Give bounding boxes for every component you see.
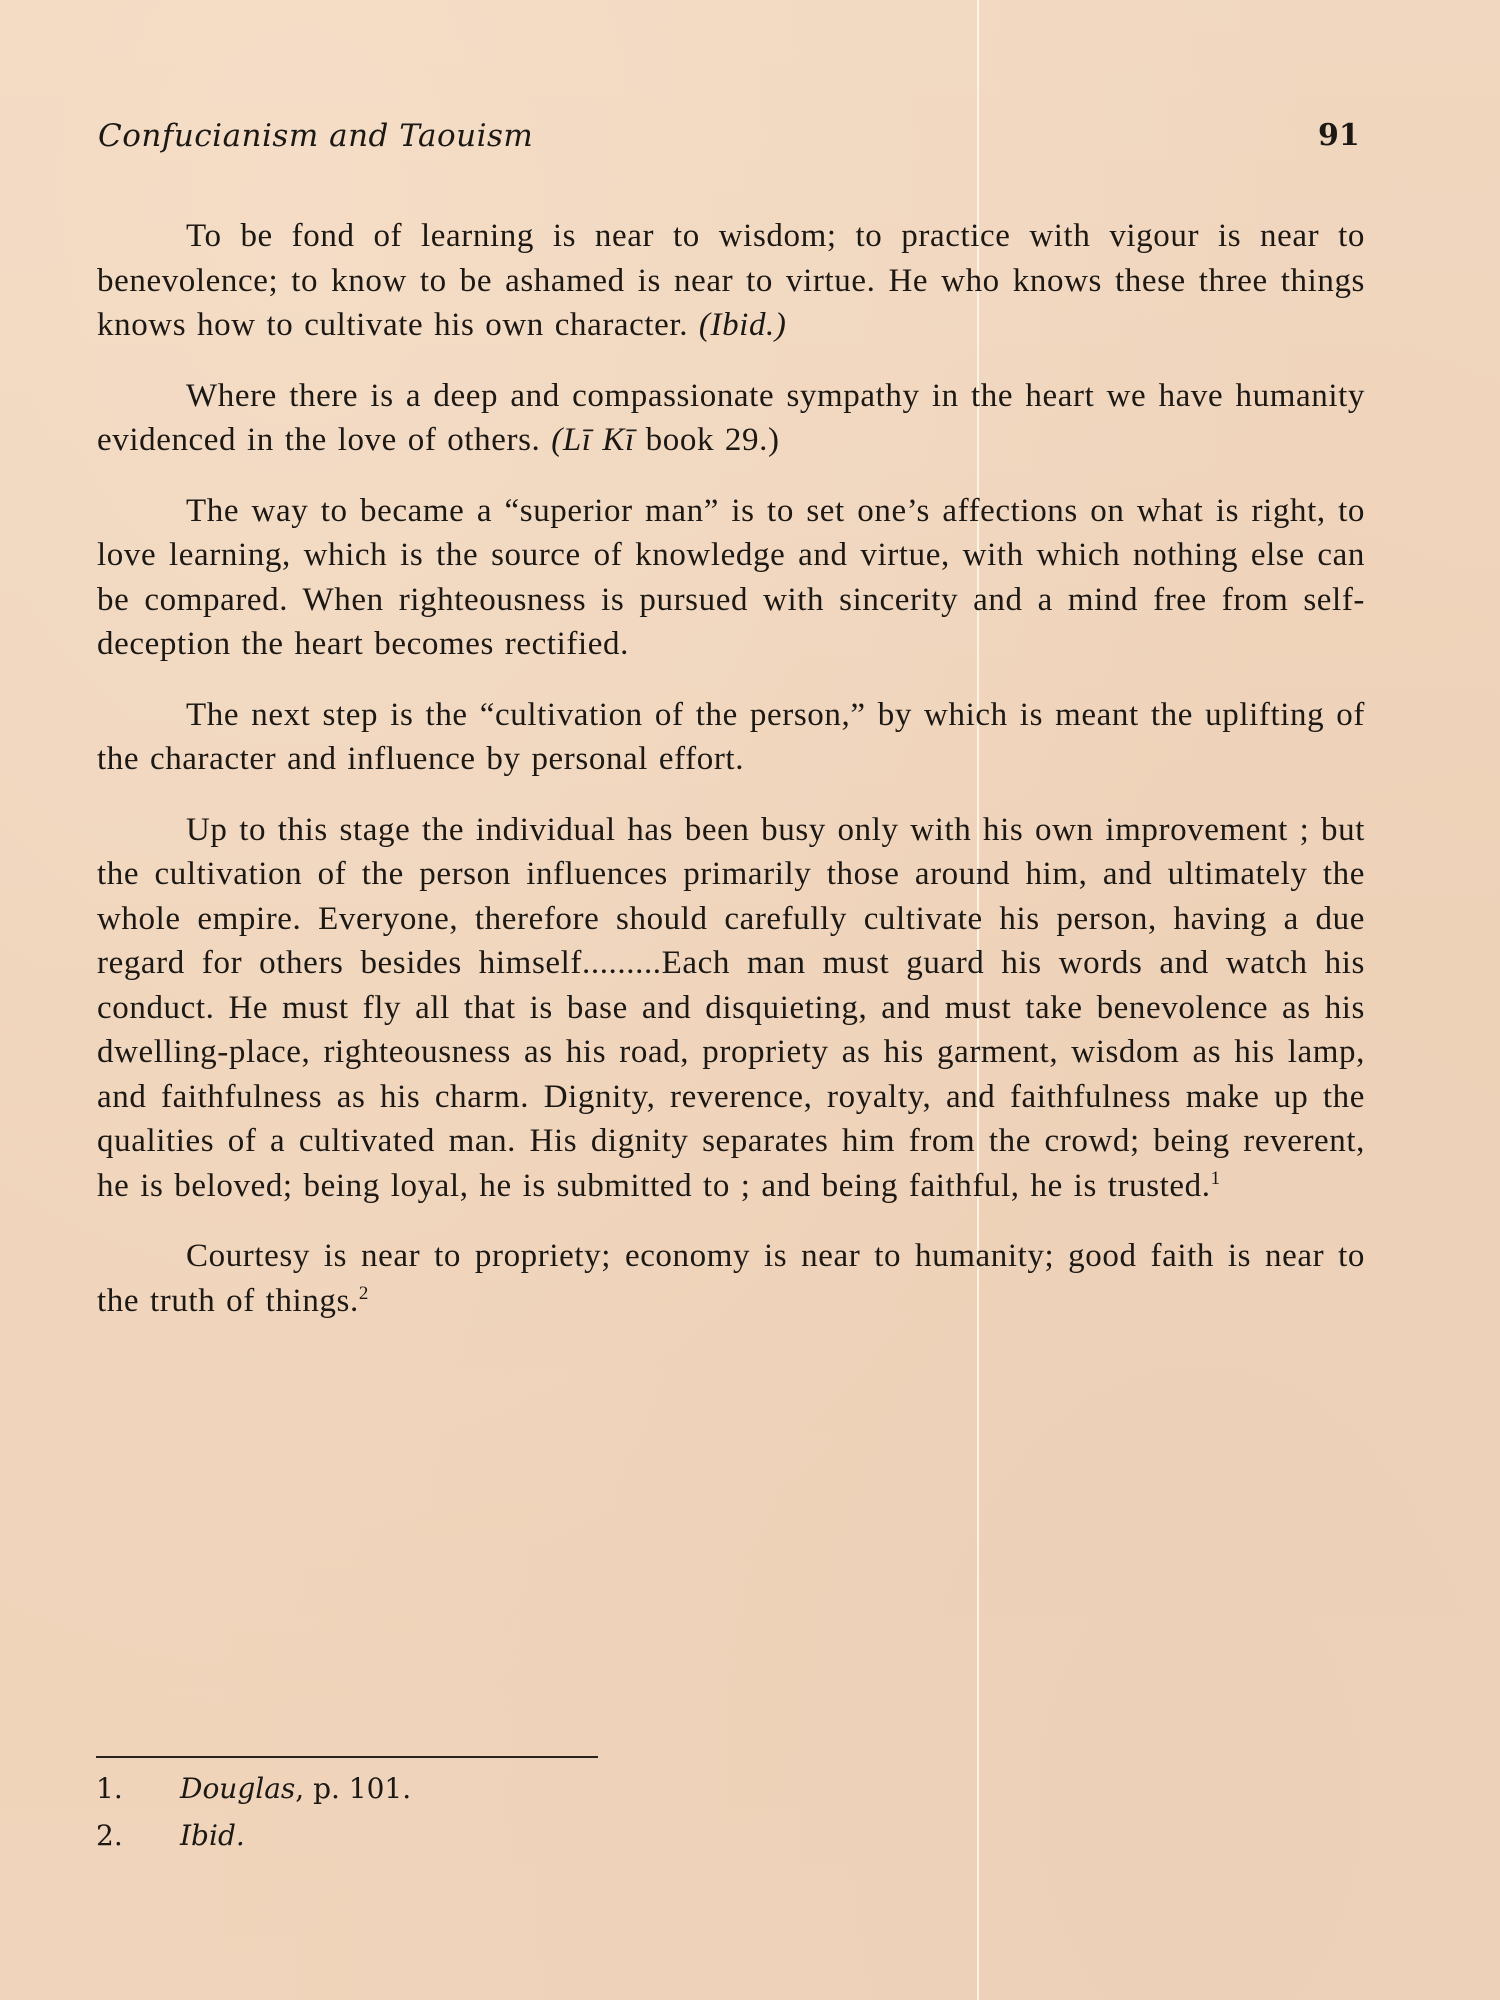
- paragraph-text: The way to became a “superior man” is to…: [97, 493, 1365, 663]
- page-number: 91: [1318, 118, 1360, 153]
- paragraph-text: Courtesy is near to propriety; economy i…: [97, 1238, 1365, 1319]
- footnote-number: 1.: [96, 1765, 180, 1812]
- paragraph-text: Up to this stage the individual has been…: [97, 812, 1365, 1204]
- footnote-2: 2. Ibid.: [96, 1812, 411, 1859]
- footnote-number: 2.: [96, 1812, 180, 1859]
- citation-title: (Lī Kī: [551, 422, 635, 458]
- footnote-source: Ibid.: [180, 1819, 245, 1852]
- footnote-divider: [96, 1756, 598, 1758]
- citation-rest: book 29.): [635, 422, 780, 458]
- footnote-1: 1. Douglas, p. 101.: [96, 1765, 411, 1812]
- paragraph-5: Up to this stage the individual has been…: [97, 808, 1365, 1209]
- paragraph-1: To be fond of learning is near to wisdom…: [97, 214, 1365, 348]
- footnote-detail: , p. 101.: [295, 1772, 411, 1805]
- paragraph-text: The next step is the “cultivation of the…: [97, 697, 1365, 778]
- citation: (Ibid.): [699, 307, 787, 343]
- paragraph-3: The way to became a “superior man” is to…: [97, 489, 1365, 667]
- running-head: Confucianism and Taouism: [98, 118, 533, 154]
- body-text: To be fond of learning is near to wisdom…: [97, 214, 1365, 1349]
- footnote-ref-2[interactable]: 2: [359, 1283, 369, 1304]
- footnote-ref-1[interactable]: 1: [1211, 1168, 1221, 1189]
- footnotes: 1. Douglas, p. 101. 2. Ibid.: [96, 1765, 411, 1859]
- paragraph-6: Courtesy is near to propriety; economy i…: [97, 1234, 1365, 1323]
- paragraph-4: The next step is the “cultivation of the…: [97, 693, 1365, 782]
- footnote-source: Douglas: [180, 1772, 295, 1805]
- paragraph-2: Where there is a deep and compassionate …: [97, 374, 1365, 463]
